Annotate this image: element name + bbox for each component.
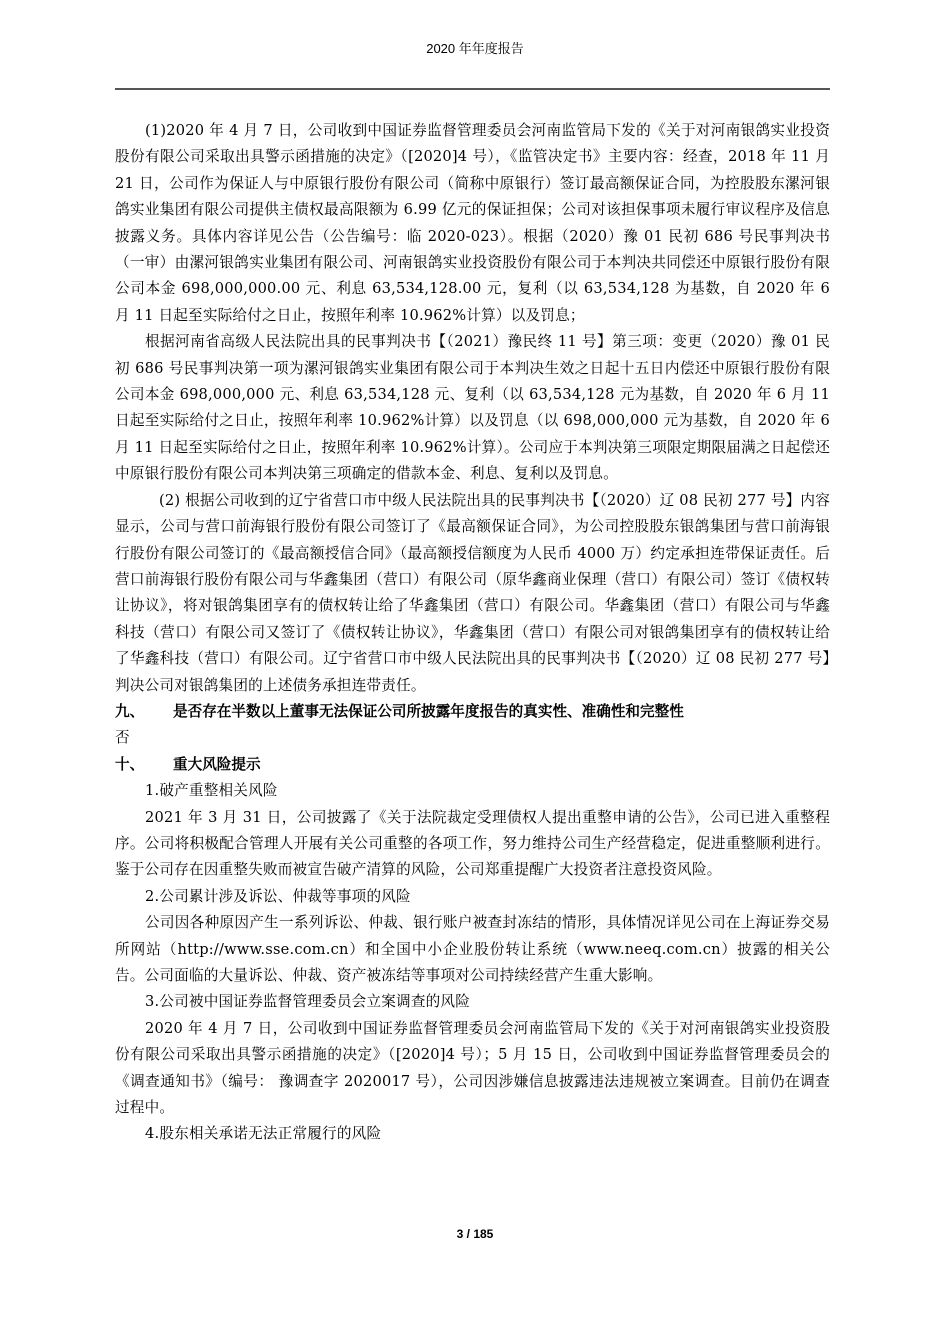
section-9-heading: 九、 是否存在半数以上董事无法保证公司所披露年度报告的真实性、准确性和完整性 (115, 699, 830, 725)
page-number: 3 / 185 (0, 1227, 950, 1241)
risk-1-title: 1.破产重整相关风险 (115, 778, 830, 804)
risk-3-title: 3.公司被中国证券监督管理委员会立案调查的风险 (115, 989, 830, 1015)
paragraph-appeal-judgment: 根据河南省高级人民法院出具的民事判决书【（2021）豫民终 11 号】第三项：变… (115, 329, 830, 487)
paragraph-guarantee-1: (1)2020 年 4 月 7 日，公司收到中国证券监督管理委员会河南监管局下发… (115, 118, 830, 329)
section-9-answer: 否 (115, 725, 830, 751)
risk-2-body: 公司因各种原因产生一系列诉讼、仲裁、银行账户被查封冻结的情形，具体情况详见公司在… (115, 910, 830, 989)
page-header-title: 2020 年年度报告 (0, 38, 950, 57)
risk-1-body: 2021 年 3 月 31 日，公司披露了《关于法院裁定受理债权人提出重整申请的… (115, 805, 830, 884)
section-10-title: 重大风险提示 (173, 752, 261, 778)
header-divider (115, 88, 830, 90)
section-9-title: 是否存在半数以上董事无法保证公司所披露年度报告的真实性、准确性和完整性 (173, 699, 684, 725)
section-9-number: 九、 (115, 699, 173, 725)
risk-4-title: 4.股东相关承诺无法正常履行的风险 (115, 1121, 830, 1147)
risk-2-title: 2.公司累计涉及诉讼、仲裁等事项的风险 (115, 884, 830, 910)
section-10-number: 十、 (115, 752, 173, 778)
document-body: (1)2020 年 4 月 7 日，公司收到中国证券监督管理委员会河南监管局下发… (115, 118, 830, 1148)
section-10-heading: 十、 重大风险提示 (115, 752, 830, 778)
paragraph-guarantee-2: (2) 根据公司收到的辽宁省营口市中级人民法院出具的民事判决书【（2020）辽 … (115, 488, 830, 699)
risk-3-body: 2020 年 4 月 7 日，公司收到中国证券监督管理委员会河南监管局下发的《关… (115, 1016, 830, 1122)
